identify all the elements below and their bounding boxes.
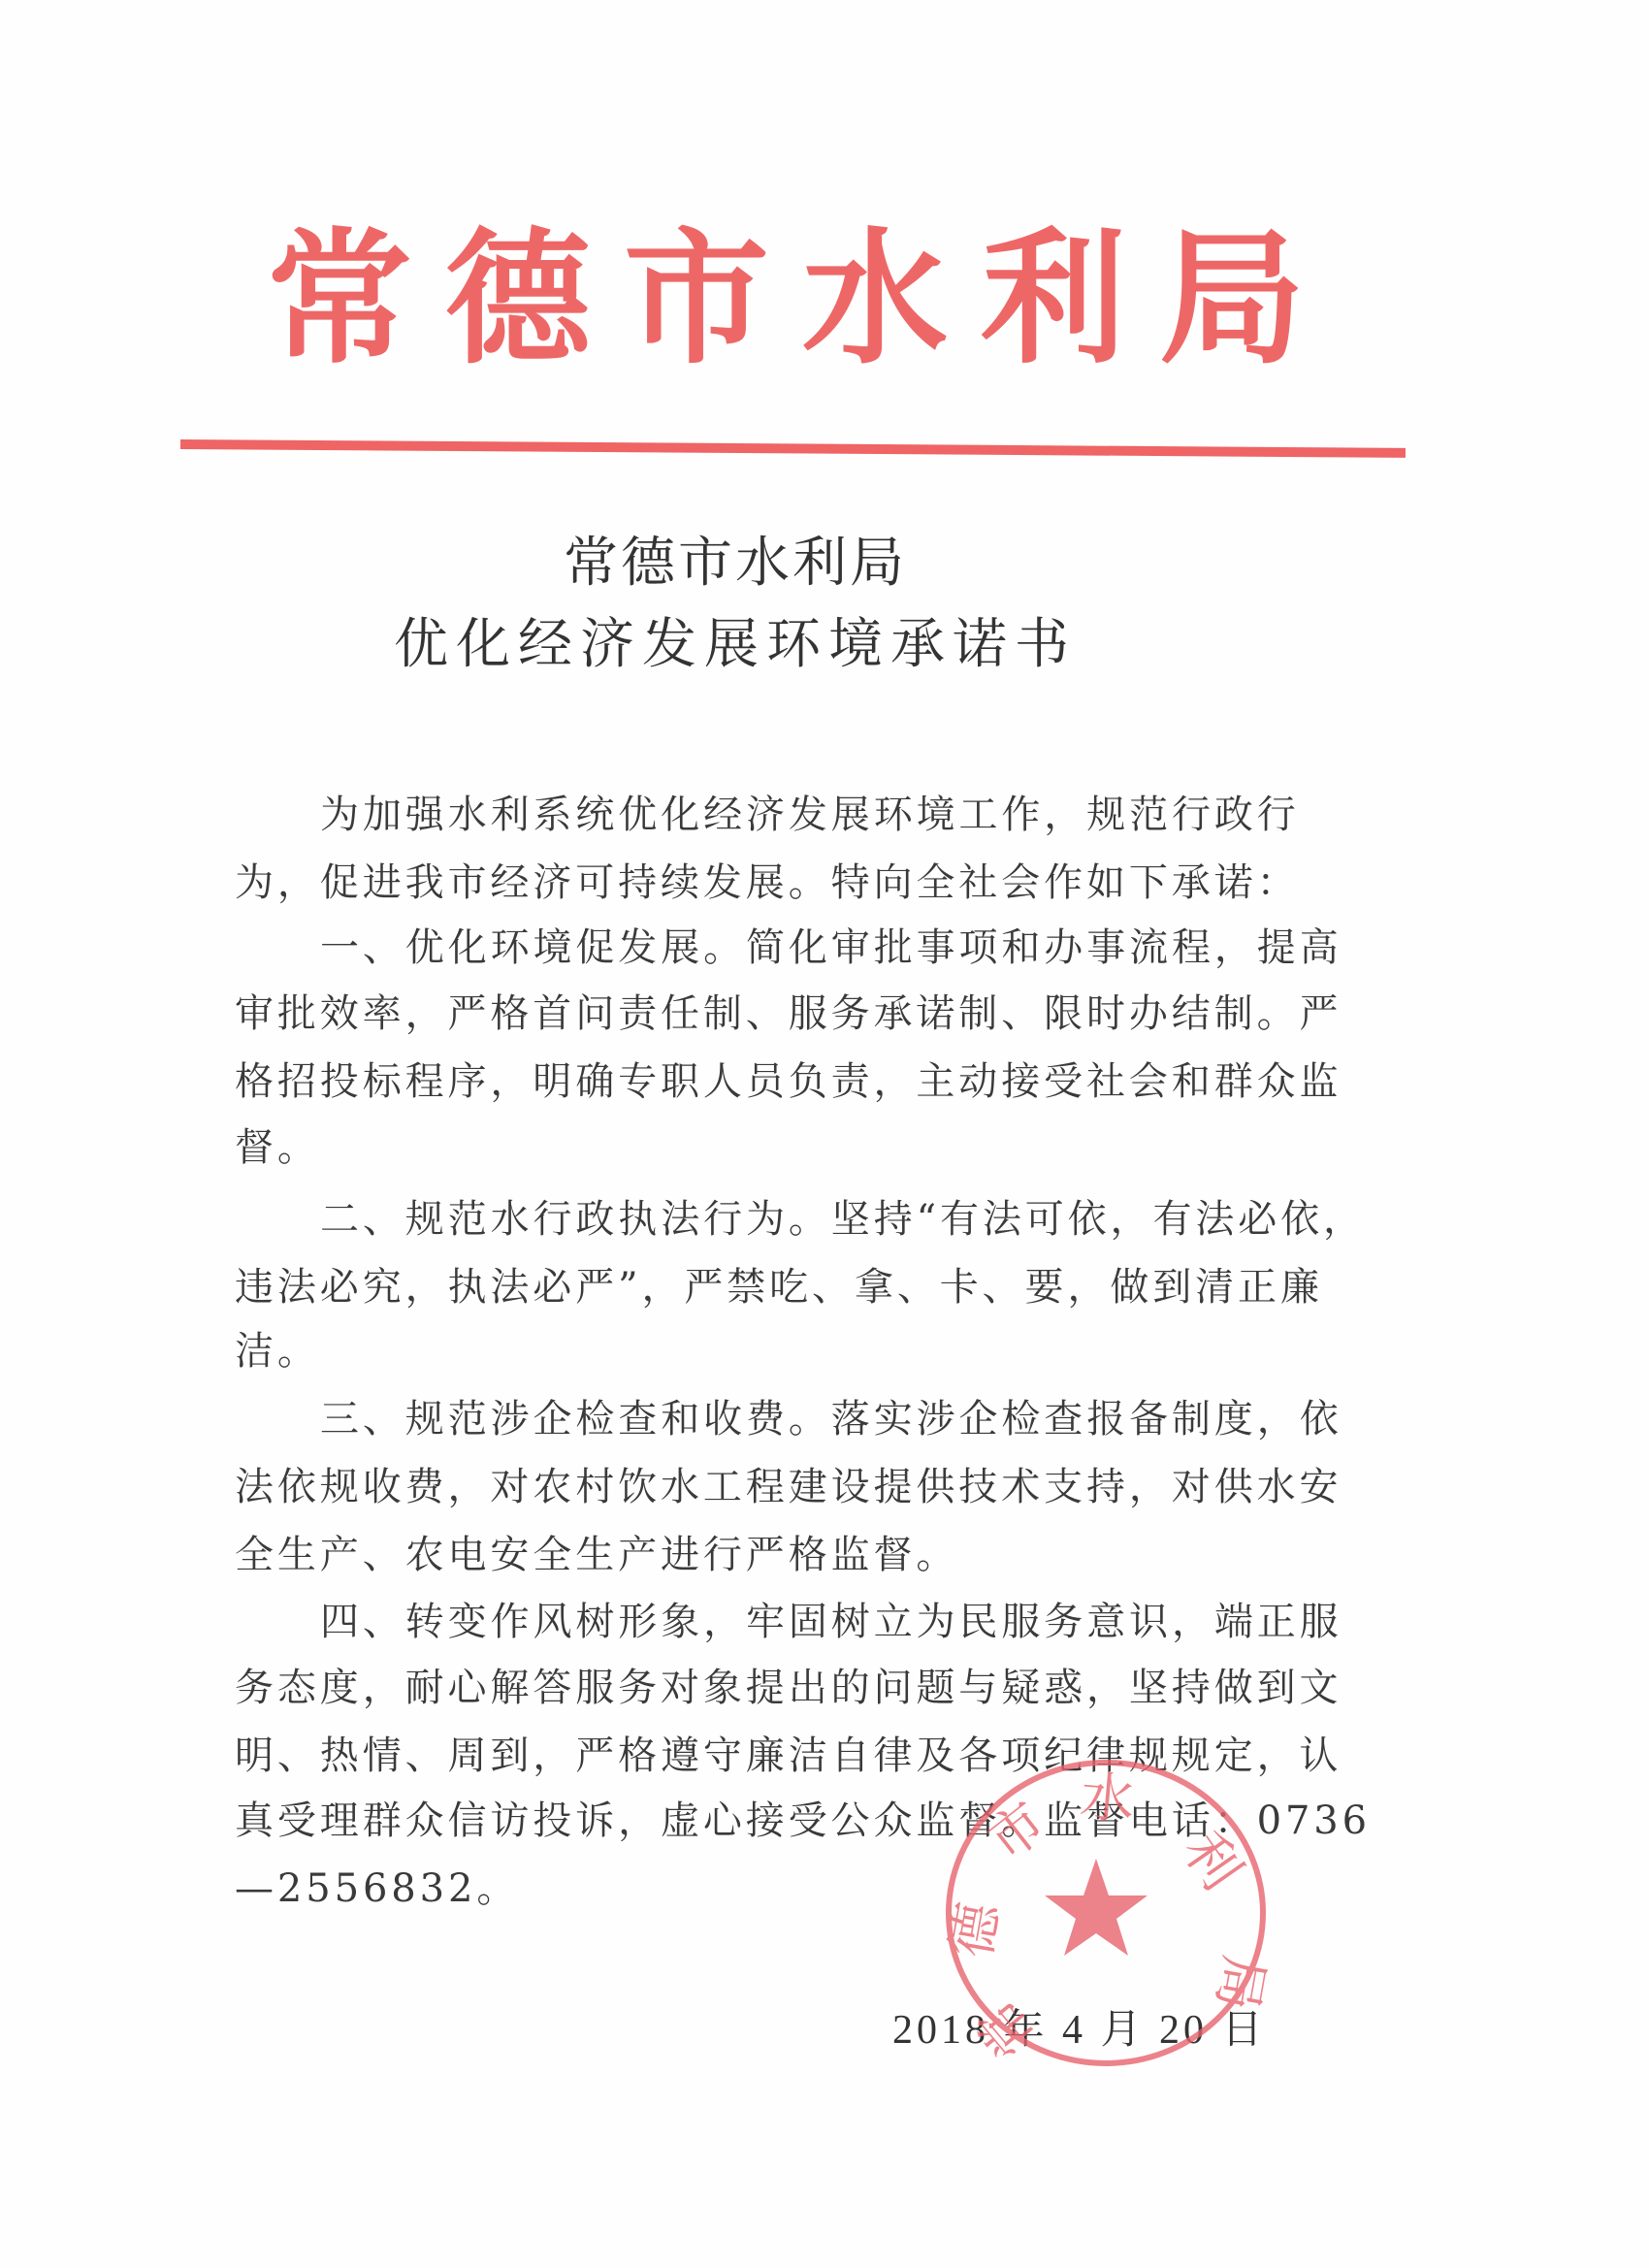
body-line: 为加强水利系统优化经济发展环境工作，规范行政行 xyxy=(320,791,1445,839)
body-line: 法依规收费，对农村饮水工程建设提供技术支持，对供水安 xyxy=(235,1463,1360,1511)
body-line: 二、规范水行政执法行为。坚持“有法可依，有法必依， xyxy=(320,1195,1445,1244)
body-line: 洁。 xyxy=(235,1327,1360,1376)
body-line: 全生产、农电安全生产进行严格监督。 xyxy=(235,1531,1360,1579)
body-line: 督。 xyxy=(235,1123,1360,1172)
body-line: 一、优化环境促发展。简化审批事项和办事流程，提高 xyxy=(320,923,1445,972)
body-line: 务态度，耐心解答服务对象提出的问题与疑惑，坚持做到文 xyxy=(235,1664,1360,1712)
body-line: 四、转变作风树形象，牢固树立为民服务意识，端正服 xyxy=(320,1598,1445,1646)
body-line: 真受理群众信访投诉，虚心接受公众监督。监督电话：0736 xyxy=(235,1797,1360,1845)
body-line: —2556832。 xyxy=(235,1864,1360,1913)
document-page: 常德市水利局 常德市水利局 优化经济发展环境承诺书 为加强水利系统优化经济发展环… xyxy=(0,0,1649,2268)
document-title-line1: 常德市水利局 xyxy=(0,532,1471,596)
body-line: 三、规范涉企检查和收费。落实涉企检查报备制度，依 xyxy=(320,1395,1445,1443)
body-line: 为，促进我市经济可持续发展。特向全社会作如下承诺： xyxy=(235,859,1360,907)
body-line: 违法必究，执法必严”，严禁吃、拿、卡、要，做到清正廉 xyxy=(235,1263,1360,1312)
letterhead-divider xyxy=(180,439,1406,458)
body-line: 明、热情、周到，严格遵守廉洁自律及各项纪律规规定，认 xyxy=(235,1732,1360,1780)
org-letterhead-title: 常德市水利局 xyxy=(267,211,1334,386)
document-date: 2018 年 4 月 20 日 xyxy=(892,2006,1267,2055)
document-title-line2: 优化经济发展环境承诺书 xyxy=(0,613,1471,677)
body-line: 审批效率，严格首问责任制、服务承诺制、限时办结制。严 xyxy=(235,989,1360,1038)
body-line: 格招投标程序，明确专职人员负责，主动接受社会和群众监 xyxy=(235,1057,1360,1106)
